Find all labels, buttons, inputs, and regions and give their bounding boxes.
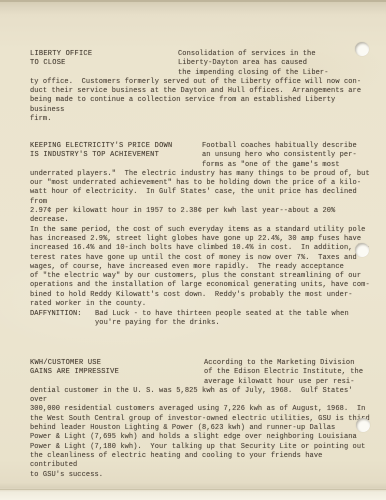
daffynition-item: DAFFYNITION: Bad Luck - to have thirteen… (30, 310, 370, 329)
article-body: underrated players." The electric indust… (30, 170, 370, 309)
article-intro-column: Consolidation of services in the Liberty… (178, 50, 370, 78)
article-kwh-customer-use: KWH/CUSTOMER USE GAINS ARE IMPRESSIVE Ac… (30, 359, 370, 480)
punch-hole-middle (355, 243, 369, 257)
article-heading: KEEPING ELECTRICITY'S PRICE DOWN IS INDU… (30, 142, 172, 161)
article-liberty-office: LIBERTY OFFICE TO CLOSE Consolidation of… (30, 50, 370, 124)
article-price-down: KEEPING ELECTRICITY'S PRICE DOWN IS INDU… (30, 142, 370, 309)
article-intro-column: Football coaches habitually describe an … (202, 142, 370, 170)
article-intro-column: According to the Marketing Division of t… (204, 359, 370, 387)
punch-hole-top (355, 42, 369, 56)
daffynition-label: DAFFYNITION: (30, 310, 95, 319)
article-heading: KWH/CUSTOMER USE GAINS ARE IMPRESSIVE (30, 359, 119, 378)
article-heading: LIBERTY OFFICE TO CLOSE (30, 50, 92, 69)
scan-top-edge (0, 0, 386, 2)
daffynition-text: Bad Luck - to have thirteen people seate… (95, 310, 370, 329)
article-body: dential customer in the U. S. was 5,825 … (30, 387, 370, 480)
punch-hole-bottom (356, 418, 370, 432)
scan-bottom-edge (0, 489, 386, 490)
article-body: ty office. Customers formerly served out… (30, 78, 370, 124)
scanned-newsletter-page: LIBERTY OFFICE TO CLOSE Consolidation of… (0, 0, 386, 500)
